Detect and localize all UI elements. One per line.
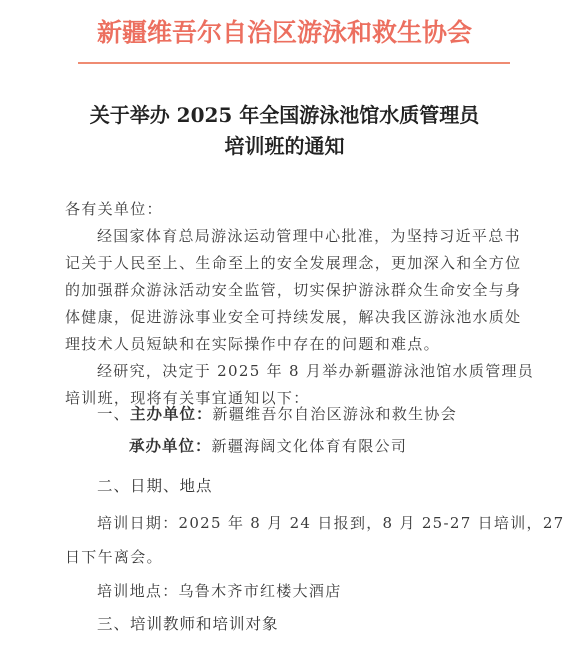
organizer-unit-row: 承办单位：新疆海阔文化体育有限公司 [129,436,407,456]
organization-header: 新疆维吾尔自治区游泳和救生协会 [0,17,569,49]
section-heading: 三、培训教师和培训对象 [97,614,279,634]
document-title-line-1: 关于举办 2025 年全国游泳池馆水质管理员 [0,102,569,128]
organizer-unit-value: 新疆海阔文化体育有限公司 [212,437,408,455]
paragraph-line: 的加强群众游泳活动安全监管，切实保护游泳群众生命安全与身 [65,280,521,300]
section-heading: 二、日期、地点 [97,476,213,496]
organizer-unit-label: 承办单位： [129,437,212,455]
section-number: 一、 [97,405,130,423]
document-title-line-2: 培训班的通知 [0,133,569,159]
host-unit-label: 主办单位： [130,405,213,423]
salutation: 各有关单位： [65,199,163,219]
paragraph-line: 理技术人员短缺和在实际操作中存在的问题和难点。 [65,334,440,354]
paragraph-line: 记关于人民至上、生命至上的安全发展理念，更加深入和全方位 [65,253,521,273]
host-unit-value: 新疆维吾尔自治区游泳和救生协会 [213,405,458,423]
training-location: 培训地点：乌鲁木齐市红楼大酒店 [97,581,342,601]
paragraph-line: 体健康，促进游泳事业安全可持续发展，解决我区游泳池水质处 [65,307,521,327]
training-date-line: 培训日期：2025 年 8 月 24 日报到，8 月 25-27 日培训，27 [97,513,565,533]
training-date-line: 日下午离会。 [65,547,163,567]
host-unit-row: 一、主办单位：新疆维吾尔自治区游泳和救生协会 [97,404,457,424]
header-divider [78,62,510,64]
paragraph-line: 经研究，决定于 2025 年 8 月举办新疆游泳池馆水质管理员 [97,361,534,381]
paragraph-line: 经国家体育总局游泳运动管理中心批准，为坚持习近平总书 [97,226,521,246]
